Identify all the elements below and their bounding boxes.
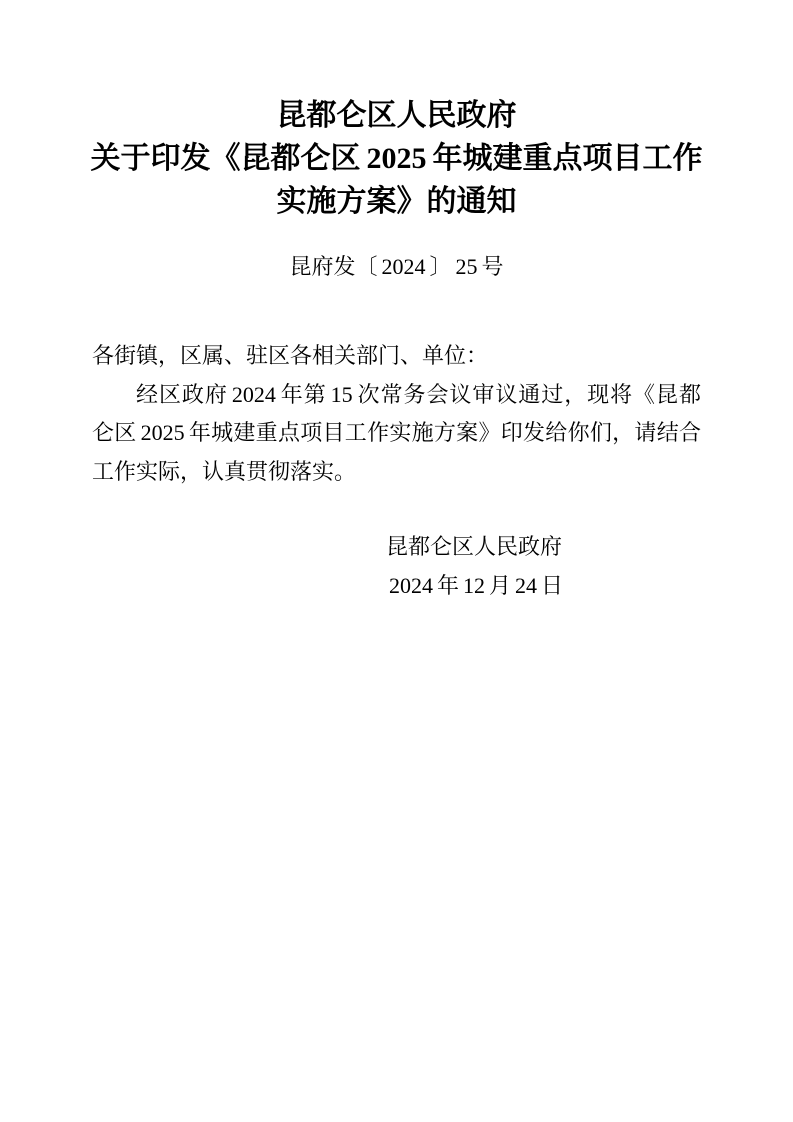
document-body: 各街镇，区属、驻区各相关部门、单位： 经区政府2024年第15次常务会议审议通过… [92, 337, 701, 491]
salutation: 各街镇，区属、驻区各相关部门、单位： [92, 337, 701, 376]
title-subject-line: 关于印发《昆都仑区2025年城建重点项目工作实施方案》的通知 [88, 137, 705, 223]
title-org-line: 昆都仑区人民政府 [88, 94, 705, 137]
document-title: 昆都仑区人民政府 关于印发《昆都仑区2025年城建重点项目工作实施方案》的通知 [88, 94, 705, 223]
body-paragraph: 经区政府2024年第15次常务会议审议通过，现将《昆都仑区2025年城建重点项目… [92, 376, 701, 492]
signature-issuer: 昆都仑区人民政府 [383, 528, 565, 567]
doc-number: 昆府发〔2024〕25号 [92, 248, 701, 286]
document-page: 昆都仑区人民政府 关于印发《昆都仑区2025年城建重点项目工作实施方案》的通知 … [0, 0, 793, 1122]
signature-date: 2024年12月24日 [383, 567, 565, 606]
signature-block: 昆都仑区人民政府 2024年12月24日 [383, 528, 565, 605]
